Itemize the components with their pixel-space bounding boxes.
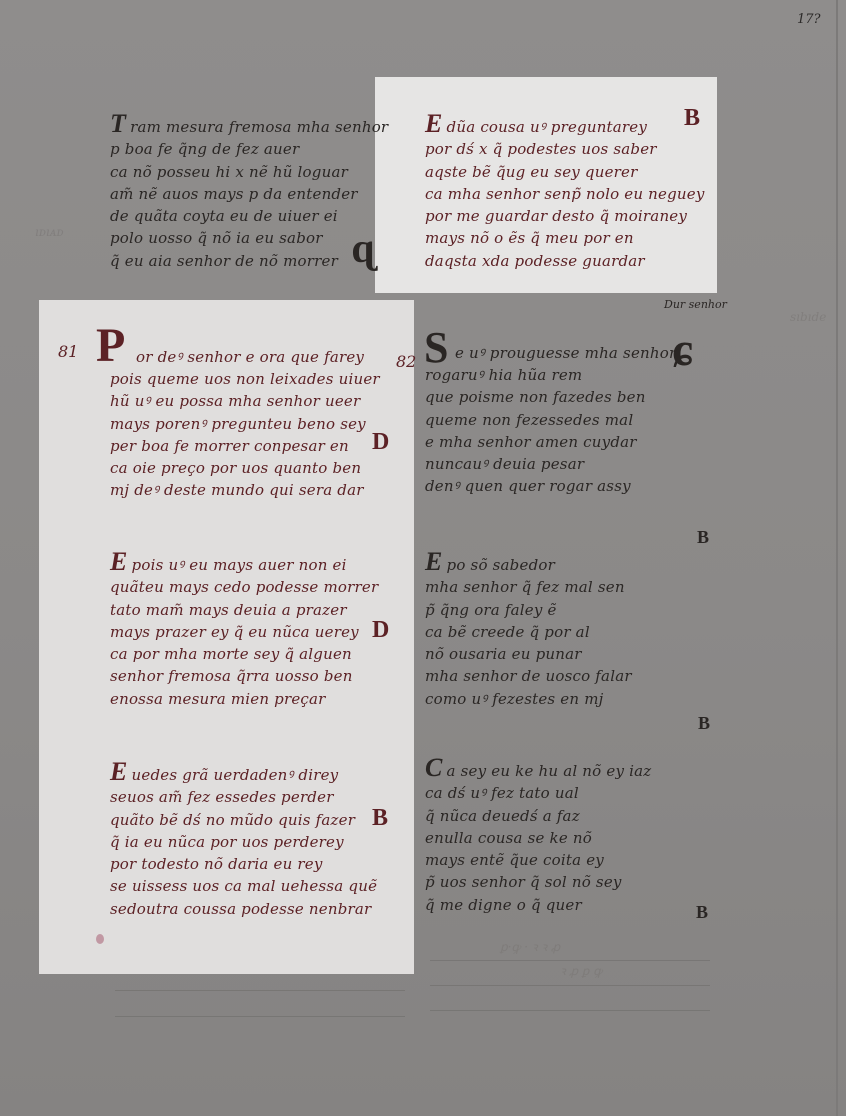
verse-line: como uꝰ fezestes en mj [425,688,632,710]
verse-line: pois queme uos non leixades uiuer [110,368,380,390]
initial-letter: E [425,547,443,576]
poem-number-82: 82 [396,352,416,371]
stanza-6: Epo sõ sabedor mha senhor q̃ fez mal sen… [425,552,632,710]
verse-line: p̃ uos senhor q̃ sol nõ sey [425,871,651,893]
bleed-through-text: ıᴅıᴀᴅ [35,225,64,239]
verse-line: p boa fe q̃ng de fez auer [110,138,388,160]
poem-number-81: 81 [58,342,78,361]
verse-line: quãteu mays cedo podesse morrer [110,576,378,598]
verse-line: mha senhor q̃ fez mal sen [425,576,632,598]
rubric-marker: B [372,806,388,830]
verse-line: por dś x q̃ podestes uos saber [425,138,705,160]
verse-line: hũ uꝰ eu possa mha senhor ueer [110,390,380,412]
verse-line: nuncauꝰ deuia pesar [425,453,646,475]
ruling-line [430,1010,710,1011]
verse-line: mj deꝰ deste mundo qui sera dar [110,479,380,501]
verse-line: ca dś uꝰ fez tato ual [425,782,651,804]
stanza-1: Tram mesura fremosa mha senhor p boa fe … [110,114,388,272]
ruling-line [115,1016,405,1017]
rubric-marker: D [372,430,389,454]
verse-line: e mha senhor amen cuydar [425,431,646,453]
stanza-3-continued: pois queme uos non leixades uiuer hũ uꝰ … [110,368,380,502]
ink-stain [96,934,104,944]
verse-line: tato mam̃ mays deuia a prazer [110,599,378,621]
verse-line: q̃ ia eu nũca por uos perderey [110,831,377,853]
verse-line: ca oie preço por uos quanto ben [110,457,380,479]
initial-letter: E [110,547,128,576]
verse-line: daqsta xda podesse guardar [425,250,705,272]
stanza-2: Edũa cousa uꝰ preguntarey por dś x q̃ po… [425,114,705,272]
ruling-line [430,960,710,961]
verse-line: q̃ eu aia senhor de nõ morrer [110,250,388,272]
rubric-marker: B [684,106,700,130]
verse-line: or deꝰ senhor e ora que farey [136,346,364,368]
verse-line: enulla cousa se ke nõ [425,827,651,849]
stanza-4: e uꝰ prouguesse mha senhor [455,342,676,364]
verse-line: ca mha senhor senp̃ nolo eu neguey [425,183,705,205]
page-edge [836,0,838,1116]
verse-line: Epo sõ sabedor [425,552,632,576]
verse-line: Tram mesura fremosa mha senhor [110,114,388,138]
verse-line: ca bẽ creede q̃ por al [425,621,632,643]
verse-line: sedoutra coussa podesse nenbrar [110,898,377,920]
bleed-through-text: ꝛ ꝓ ꝑ ꝙ [560,962,602,979]
stanza-7: Euedes grã uerdadenꝰ direy seuos am̃ fez… [110,762,377,920]
verse-line: p̃ q̃ng ora faley ẽ [425,599,632,621]
verse-line: enossa mesura mien preçar [110,688,378,710]
verse-line: por todesto nõ daria eu rey [110,853,377,875]
verse-line: mays prazer ey q̃ eu nũca uerey [110,621,378,643]
rubric-marker: B [698,714,710,732]
verse-line: q̃ me digne o q̃ quer [425,894,651,916]
verse-line: aqste bẽ q̃ug eu sey querer [425,161,705,183]
stanza-4-continued: rogaruꝰ hia hũa rem que poisme non fazed… [425,364,646,498]
verse-line: ca por mha morte sey q̃ alguen [110,643,378,665]
verse-line: rogaruꝰ hia hũa rem [425,364,646,386]
initial-letter: E [110,757,128,786]
verse-line: Euedes grã uerdadenꝰ direy [110,762,377,786]
ruling-line [430,985,710,986]
verse-line: denꝰ quen quer rogar assy [425,475,646,497]
verse-line: seuos am̃ fez essedes perder [110,786,377,808]
decorated-initial-q: ɋ [352,228,375,270]
rubric-marker: B [697,528,709,546]
stanza-3: or deꝰ senhor e ora que farey [136,346,364,368]
bleed-through-text: ꝑ·ꝙ · ꝛ ꝛ ꝓ [500,938,560,955]
verse-line: mha senhor de uosco falar [425,665,632,687]
verse-line: nõ ousaria eu punar [425,643,632,665]
ruling-line [115,990,405,991]
verse-line: que poisme non fazedes ben [425,386,646,408]
stanza-5: Epois uꝰ eu mays auer non ei quãteu mays… [110,552,378,710]
decorated-initial-p: P [96,322,125,370]
marginal-note: Dur senhor [664,298,727,311]
verse-line: mays nõ o ẽs q̃ meu por en [425,227,705,249]
verse-line: mays entẽ q̃ue coita ey [425,849,651,871]
verse-line: de quãta coyta eu de uiuer ei [110,205,388,227]
folio-number: 17? [797,12,821,27]
verse-line: mays porenꝰ pregunteu beno sey [110,413,380,435]
verse-line: am̃ nẽ auos mays p da entender [110,183,388,205]
verse-line: quãto bẽ dś no mũdo quis fazer [110,809,377,831]
verse-line: Ca sey eu ke hu al nõ ey iaz [425,758,651,782]
initial-letter: C [425,753,443,782]
verse-line: Epois uꝰ eu mays auer non ei [110,552,378,576]
manuscript-page: 17? ıᴅıᴀᴅ sıbıde ꝑ·ꝙ · ꝛ ꝛ ꝓ ꝛ ꝓ ꝑ ꝙ Tra… [0,0,846,1116]
verse-line: se uissess uos ca mal uehessa quẽ [110,875,377,897]
initial-letter: E [425,109,443,138]
verse-line: senhor fremosa q̃rra uosso ben [110,665,378,687]
initial-letter: T [110,109,126,138]
verse-line: Edũa cousa uꝰ preguntarey [425,114,705,138]
verse-line: q̃ nũca deuedś a faz [425,805,651,827]
verse-line: ca nõ posseu hi x nẽ hũ loguar [110,161,388,183]
verse-line: per boa fe morrer conpesar en [110,435,380,457]
verse-line: polo uosso q̃ nõ ia eu sabor [110,227,388,249]
verse-line: por me guardar desto q̃ moiraney [425,205,705,227]
verse-line: queme non fezessedes mal [425,409,646,431]
rubric-marker: D [372,618,389,642]
bleed-through-text: sıbıde [790,310,826,324]
stanza-8: Ca sey eu ke hu al nõ ey iaz ca dś uꝰ fe… [425,758,651,916]
verse-line: e uꝰ prouguesse mha senhor [455,342,676,364]
rubric-marker: B [696,903,708,921]
